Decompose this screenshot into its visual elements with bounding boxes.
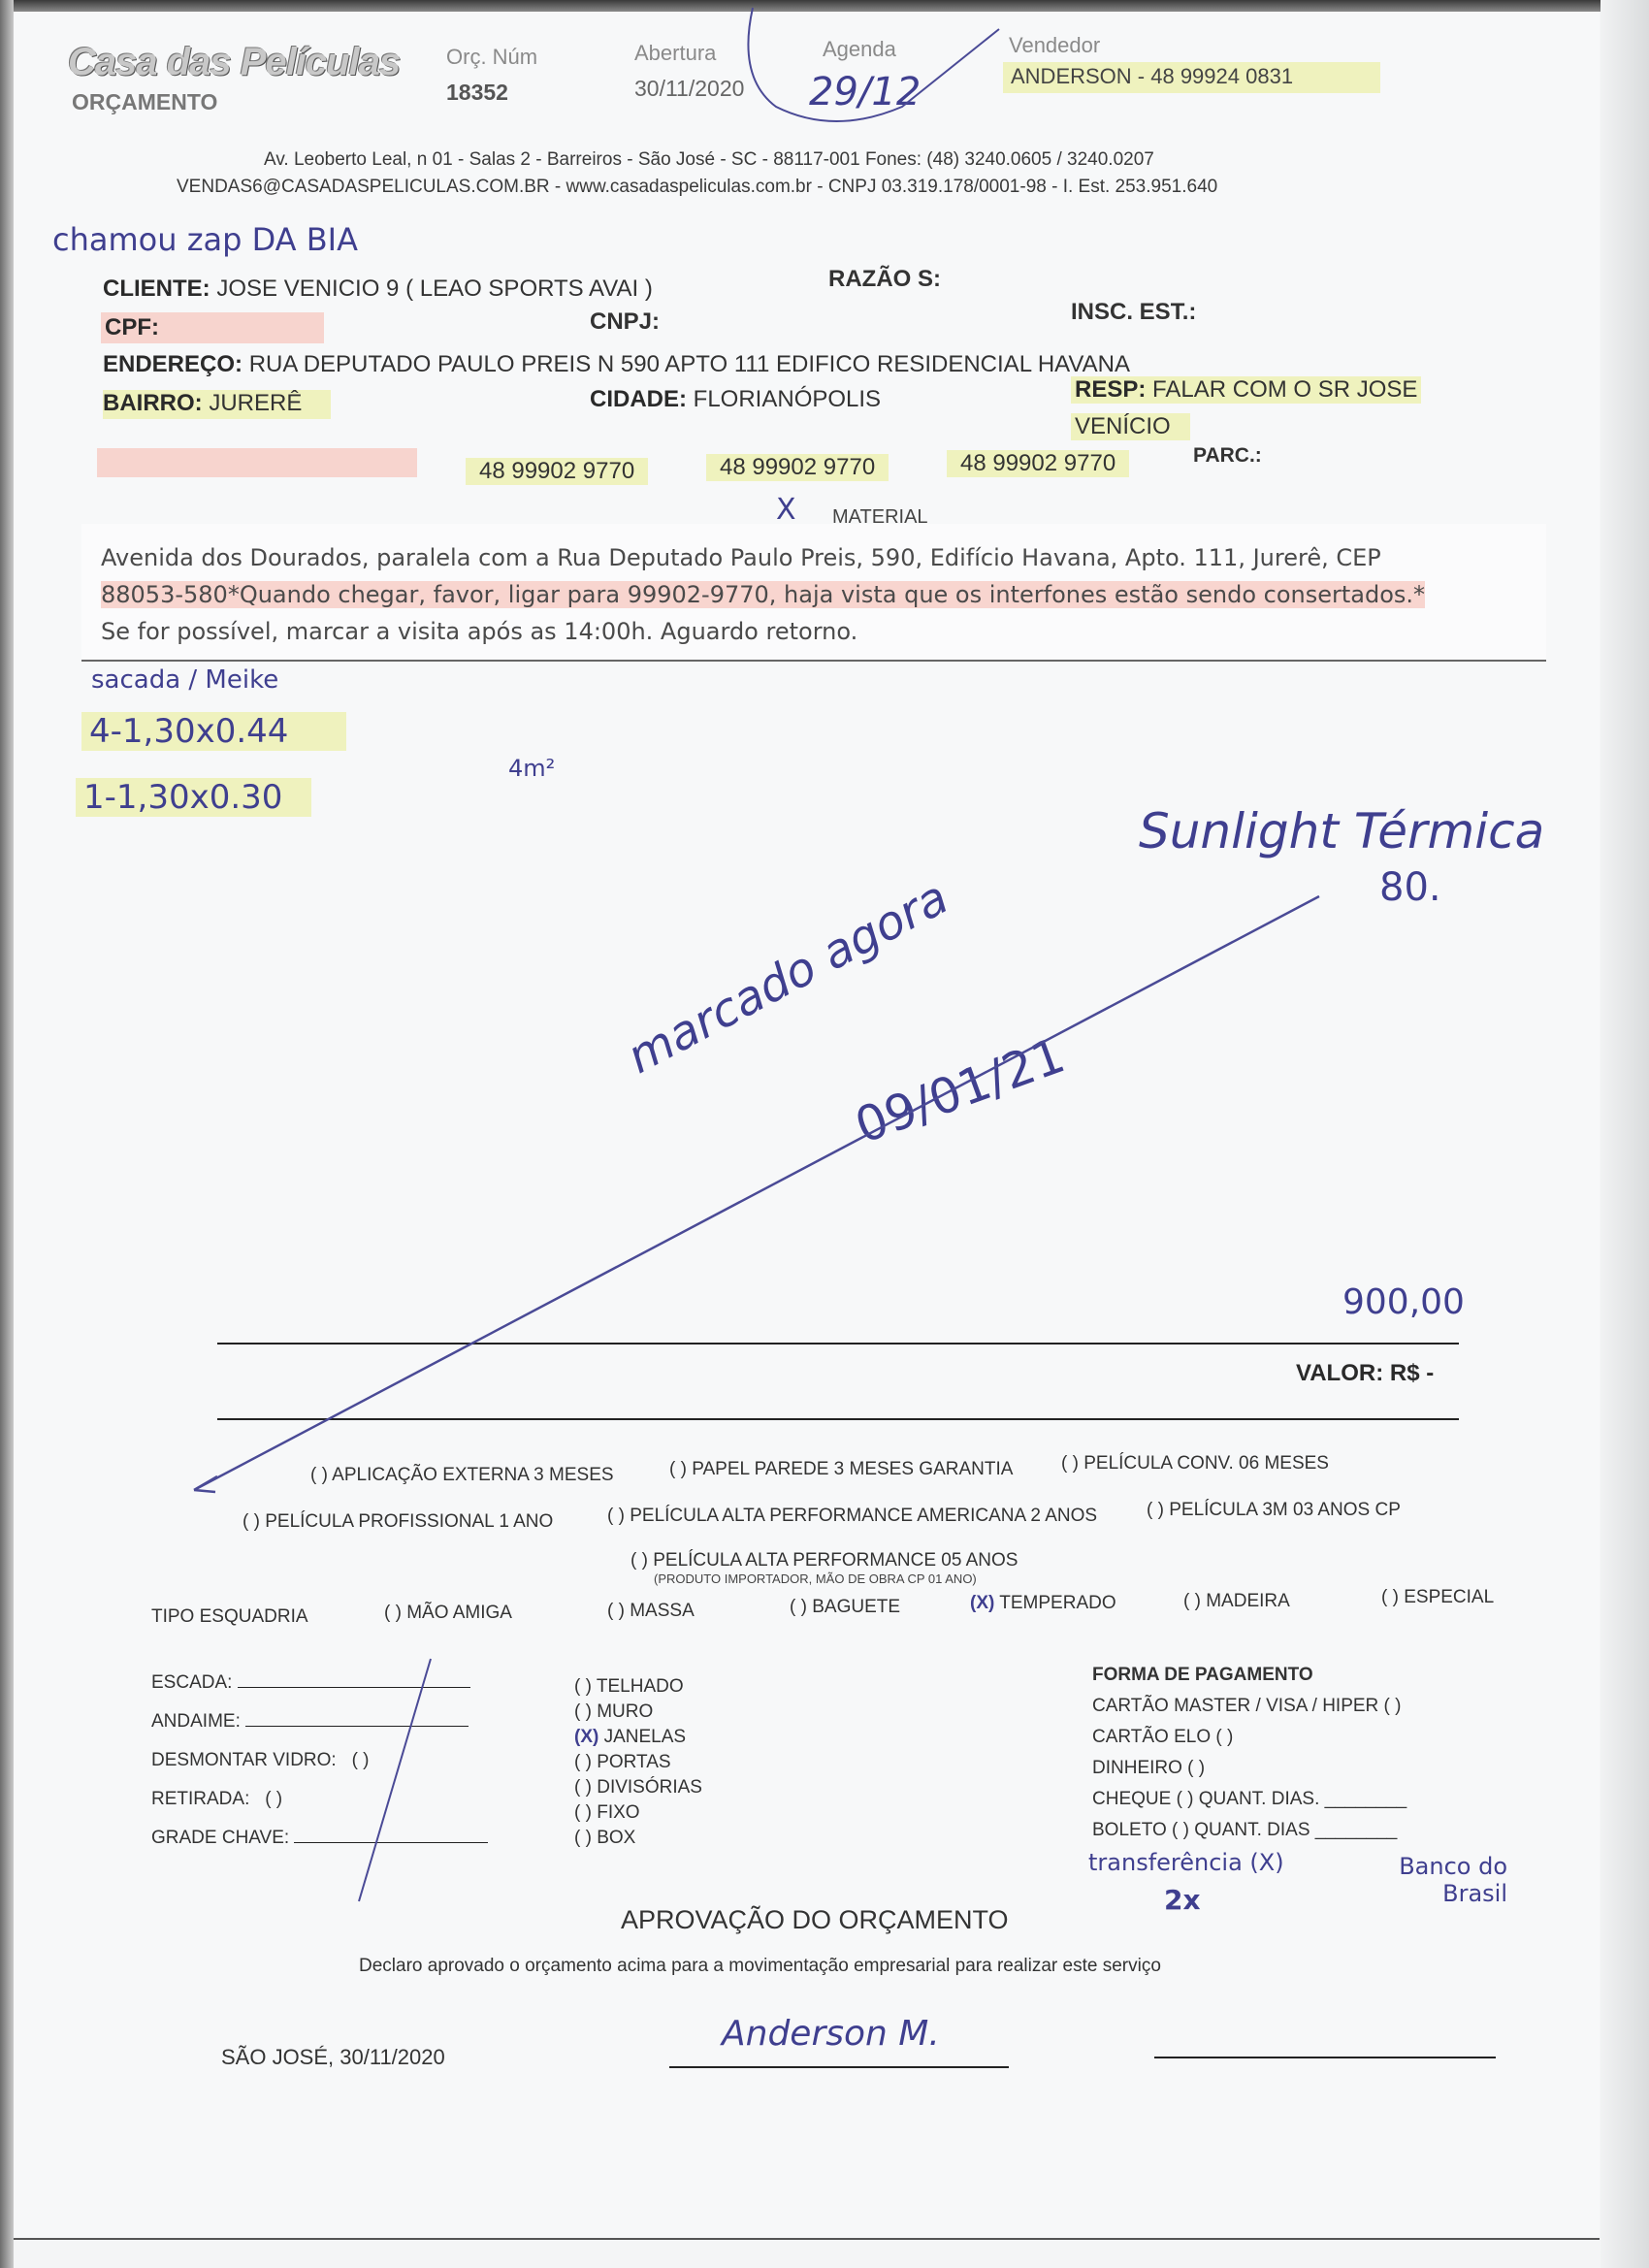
diagonal-cancel-stroke [194,896,1319,1490]
pen-strokes [0,0,1649,2268]
extras-cancel-stroke [359,1659,431,1901]
agenda-circle-stroke [748,8,999,121]
arrow-head-stroke [194,1490,215,1492]
